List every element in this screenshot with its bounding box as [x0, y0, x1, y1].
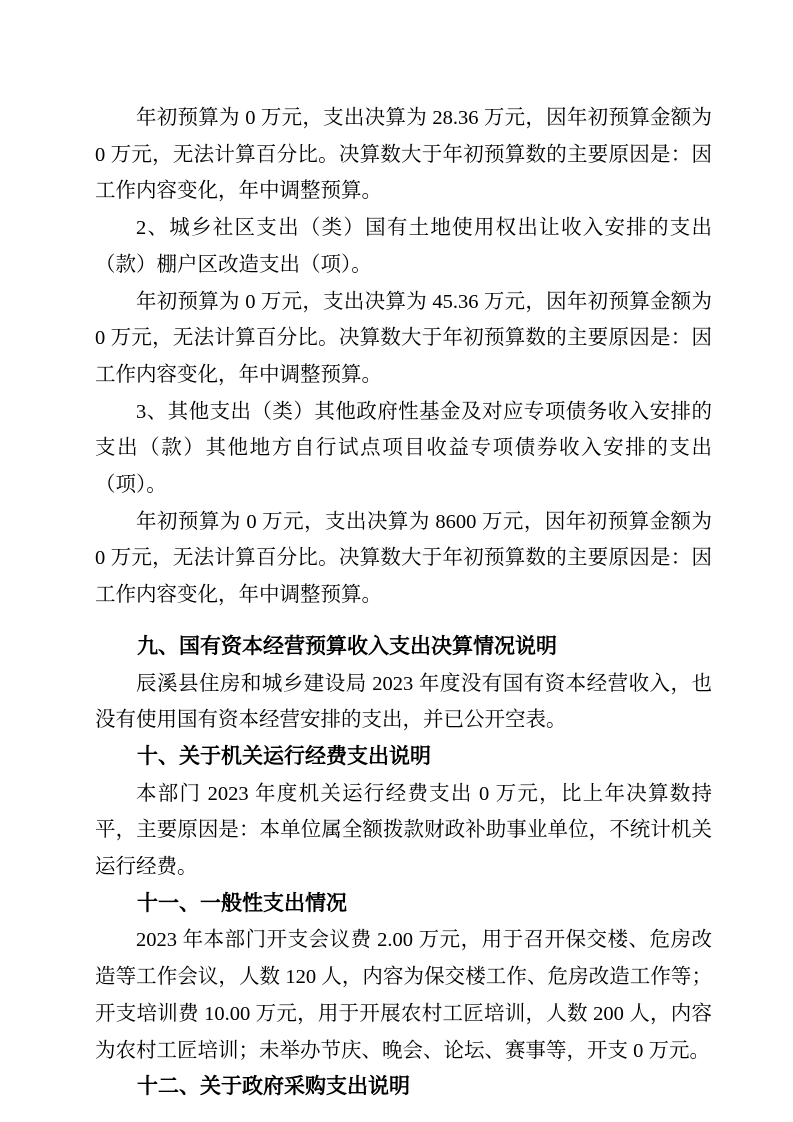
body-paragraph-budget-8600: 年初预算为 0 万元，支出决算为 8600 万元，因年初预算金额为 0 万元，无… [95, 504, 712, 614]
section-heading-12-government-procurement: 十二、关于政府采购支出说明 [95, 1069, 712, 1106]
document-page: 年初预算为 0 万元，支出决算为 28.36 万元，因年初预算金额为 0 万元，… [0, 0, 793, 1122]
body-paragraph-budget-45-36: 年初预算为 0 万元，支出决算为 45.36 万元，因年初预算金额为 0 万元，… [95, 284, 712, 394]
body-paragraph-operating-expense-note: 本部门 2023 年度机关运行经费支出 0 万元，比上年决算数持平，主要原因是：… [95, 776, 712, 886]
body-paragraph-state-capital-note: 辰溪县住房和城乡建设局 2023 年度没有国有资本经营收入，也没有使用国有资本经… [95, 666, 712, 739]
section-heading-11-general-expenditure: 十一、一般性支出情况 [95, 886, 712, 923]
section-heading-10-operating-expense: 十、关于机关运行经费支出说明 [95, 739, 712, 776]
body-paragraph-general-expenditure-note: 2023 年本部门开支会议费 2.00 万元，用于召开保交楼、危房改造等工作会议… [95, 922, 712, 1069]
body-paragraph-item-3-other-expenditure: 3、其他支出（类）其他政府性基金及对应专项债务收入安排的支出（款）其他地方自行试… [95, 394, 712, 504]
body-paragraph-item-2-urban-rural-community: 2、城乡社区支出（类）国有土地使用权出让收入安排的支出（款）棚户区改造支出（项）… [95, 210, 712, 283]
document-content: 年初预算为 0 万元，支出决算为 28.36 万元，因年初预算金额为 0 万元，… [95, 100, 712, 1106]
body-paragraph-budget-28-36: 年初预算为 0 万元，支出决算为 28.36 万元，因年初预算金额为 0 万元，… [95, 100, 712, 210]
section-heading-9-state-capital: 九、国有资本经营预算收入支出决算情况说明 [95, 629, 712, 666]
